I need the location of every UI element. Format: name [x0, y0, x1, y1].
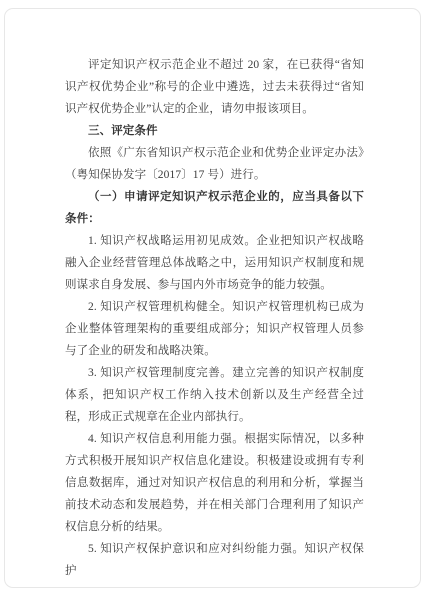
subsection-heading: （一）申请评定知识产权示范企业的，应当具备以下条件： [65, 186, 364, 230]
document-page: 评定知识产权示范企业不超过 20 家，在已获得“省知识产权优势企业”称号的企业中… [4, 8, 421, 588]
document-content: 评定知识产权示范企业不超过 20 家，在已获得“省知识产权优势企业”称号的企业中… [5, 9, 420, 582]
section-heading: 三、评定条件 [65, 120, 364, 142]
condition-item-3: 3. 知识产权管理制度完善。建立完善的知识产权制度体系，把知识产权工作纳入技术创… [65, 362, 364, 428]
condition-item-5: 5. 知识产权保护意识和应对纠纷能力强。知识产权保护 [65, 538, 364, 582]
intro-paragraph: 评定知识产权示范企业不超过 20 家，在已获得“省知识产权优势企业”称号的企业中… [65, 54, 364, 120]
condition-item-4: 4. 知识产权信息利用能力强。根据实际情况，以多种方式积极开展知识产权信息化建设… [65, 428, 364, 538]
condition-item-1: 1. 知识产权战略运用初见成效。企业把知识产权战略融入企业经营管理总体战略之中，… [65, 230, 364, 296]
condition-item-2: 2. 知识产权管理机构健全。知识产权管理机构已成为企业整体管理架构的重要组成部分… [65, 296, 364, 362]
basis-paragraph: 依照《广东省知识产权示范企业和优势企业评定办法》（粤知保协发字〔2017〕17 … [65, 142, 364, 186]
